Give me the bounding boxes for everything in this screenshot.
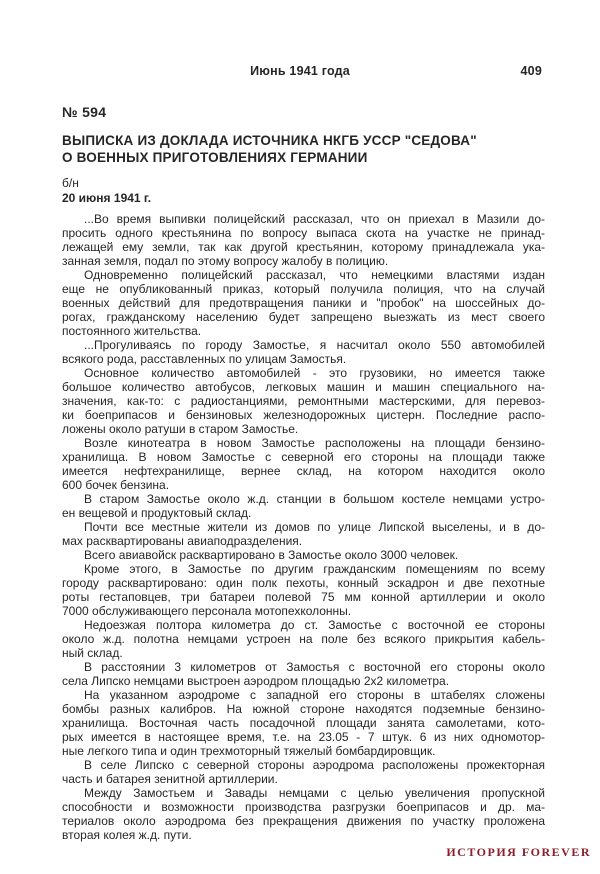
body-line: териалов около аэродрома без прекращения…	[62, 814, 545, 828]
body-line: занная земля, подал по этому вопросу жал…	[62, 254, 545, 268]
body-line: мах расквартированы авиаподразделения.	[62, 534, 545, 548]
body-line: 7000 обслуживающего персонала мотопехкол…	[62, 604, 545, 618]
body-line: большое количество автобусов, легковых м…	[62, 380, 545, 394]
document-content: № 594 ВЫПИСКА ИЗ ДОКЛАДА ИСТОЧНИКА НКГБ …	[62, 104, 545, 842]
document-body: ...Во время выпивки полицейский рассказа…	[62, 212, 545, 842]
body-line: около ж.д. полотна немцами устроен на по…	[62, 632, 545, 646]
body-line: ложены около ратуши в старом Замостье.	[62, 422, 545, 436]
body-line: В селе Липско с северной стороны аэродро…	[62, 758, 545, 772]
document-page: Июнь 1941 года 409 № 594 ВЫПИСКА ИЗ ДОКЛ…	[0, 0, 600, 874]
document-reference: б/н	[62, 176, 545, 190]
document-title-line-1: ВЫПИСКА ИЗ ДОКЛАДА ИСТОЧНИКА НКГБ УССР "…	[62, 133, 545, 150]
body-line: просить одного крестьянина по вопросу вы…	[62, 226, 545, 240]
body-line: рогах, гражданскому населению будет запр…	[62, 310, 545, 324]
body-line: Одновременно полицейский рассказал, что …	[62, 268, 545, 282]
body-line: роты гестаповцев, три батареи полевой 75…	[62, 590, 545, 604]
body-line: имеется нефтехранилище, вернее склад, на…	[62, 464, 545, 478]
body-line: городу расквартировано: один полк пехоты…	[62, 576, 545, 590]
body-line: еще не опубликованный приказ, который по…	[62, 282, 545, 296]
body-line: постоянного жительства.	[62, 324, 545, 338]
body-line: лежащей ему земли, так как другой кресть…	[62, 240, 545, 254]
body-line: всякого рода, расставленных по улицам За…	[62, 352, 545, 366]
body-line: хранилища. Восточная часть посадочной пл…	[62, 716, 545, 730]
body-line: рых имеется в настоящее время, т.е. на 2…	[62, 730, 545, 744]
body-line: способности и возможности производства р…	[62, 800, 545, 814]
body-line: Почти все местные жители из домов по ули…	[62, 520, 545, 534]
body-line: В старом Замостье около ж.д. станции в б…	[62, 492, 545, 506]
body-line: Возле кинотеатра в новом Замостье распол…	[62, 436, 545, 450]
body-line: села Липско немцами выстроен аэродром пл…	[62, 674, 545, 688]
body-line: значения, как-то: с радиостанциями, ремо…	[62, 394, 545, 408]
body-line: часть и батарея зенитной артиллерии.	[62, 772, 545, 786]
body-line: военных действий для предотвращения пани…	[62, 296, 545, 310]
body-line: ки боеприпасов и бензиновых железнодорож…	[62, 408, 545, 422]
running-title: Июнь 1941 года	[250, 64, 350, 78]
running-header: Июнь 1941 года 409	[0, 0, 600, 78]
body-line: ный склад.	[62, 646, 545, 660]
watermark: ИСТОРИЯ FOREVER	[446, 845, 591, 860]
body-line: бомбы разных калибров. На южной стороне …	[62, 702, 545, 716]
body-line: ен вещевой и продуктовый склад.	[62, 506, 545, 520]
body-line: В расстоянии 3 километров от Замостья с …	[62, 660, 545, 674]
body-line: Кроме этого, в Замостье по другим гражда…	[62, 562, 545, 576]
body-line: ...Во время выпивки полицейский рассказа…	[62, 212, 545, 226]
body-line: Основное количество автомобилей - это гр…	[62, 366, 545, 380]
document-date: 20 июня 1941 г.	[62, 191, 545, 205]
body-line: Недоезжая полтора километра до ст. Замос…	[62, 618, 545, 632]
body-line: На указанном аэродроме с западной его ст…	[62, 688, 545, 702]
body-line: вторая колея ж.д. пути.	[62, 828, 545, 842]
body-line: Всего авиавойск расквартировано в Замост…	[62, 548, 545, 562]
body-line: ...Прогуливаясь по городу Замостье, я на…	[62, 338, 545, 352]
document-title: ВЫПИСКА ИЗ ДОКЛАДА ИСТОЧНИКА НКГБ УССР "…	[62, 133, 545, 166]
page-number: 409	[521, 64, 542, 78]
document-number: № 594	[62, 104, 545, 120]
body-line: Между Замостьем и Завады немцами с целью…	[62, 786, 545, 800]
body-line: 600 бочек бензина.	[62, 478, 545, 492]
body-line: хранилища. В новом Замостье с северной е…	[62, 450, 545, 464]
document-title-line-2: О ВОЕННЫХ ПРИГОТОВЛЕНИЯХ ГЕРМАНИИ	[62, 150, 545, 167]
body-line: ные легкого типа и один трехмоторный тяж…	[62, 744, 545, 758]
